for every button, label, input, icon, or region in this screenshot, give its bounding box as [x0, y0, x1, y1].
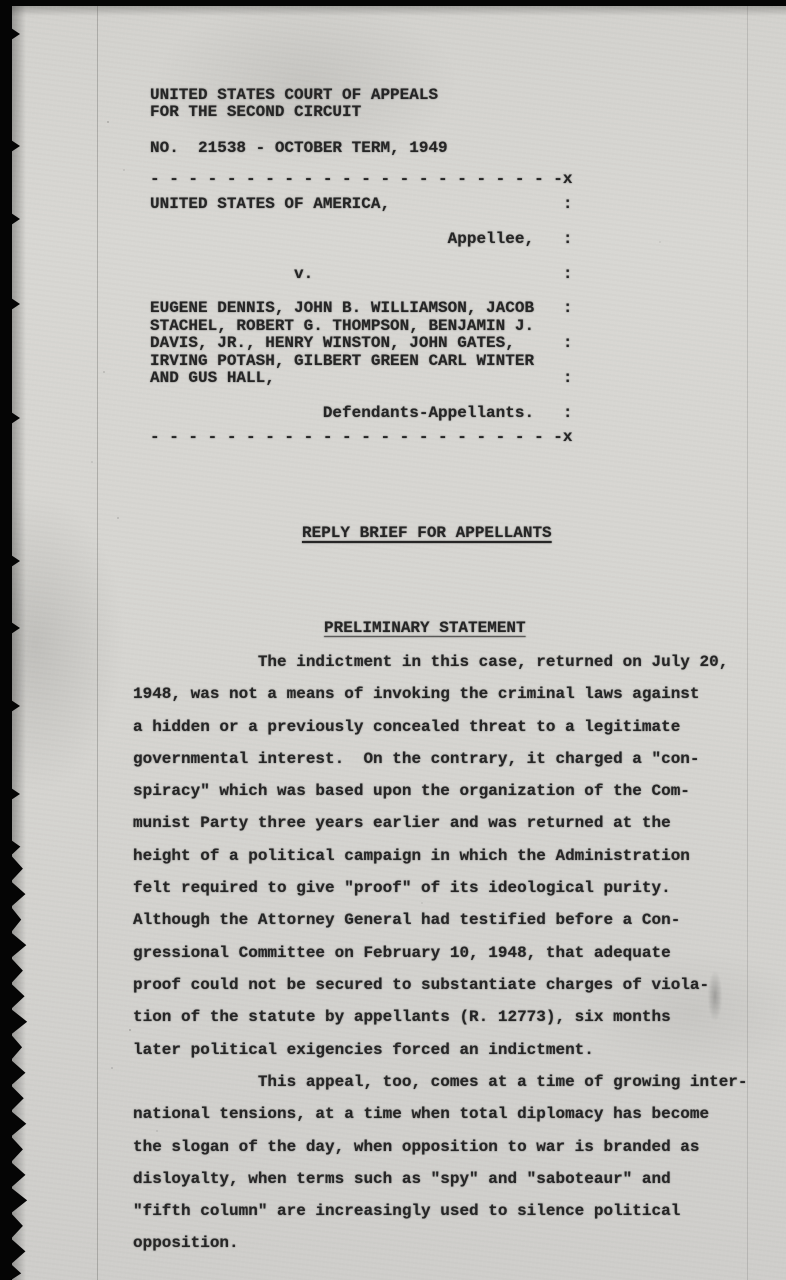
brief-title: REPLY BRIEF FOR APPELLANTS — [302, 524, 552, 542]
caption-rule-top: - - - - - - - - - - - - - - - - - - - - … — [150, 170, 572, 188]
caption-rule-bottom: - - - - - - - - - - - - - - - - - - - - … — [150, 428, 572, 446]
court-header: UNITED STATES COURT OF APPEALS FOR THE S… — [150, 87, 438, 122]
body-paragraph-2: This appeal, too, comes at a time of gro… — [133, 1066, 748, 1260]
case-caption: UNITED STATES OF AMERICA, : Appellee, : … — [150, 196, 572, 422]
scanned-page: UNITED STATES COURT OF APPEALS FOR THE S… — [0, 0, 786, 1280]
section-heading: PRELIMINARY STATEMENT — [324, 619, 526, 637]
docket-number-line: NO. 21538 - OCTOBER TERM, 1949 — [150, 139, 448, 157]
fold-line-left — [97, 6, 98, 1280]
torn-binding-edge — [0, 0, 12, 1280]
body-paragraph-1: The indictment in this case, returned on… — [133, 646, 728, 1066]
